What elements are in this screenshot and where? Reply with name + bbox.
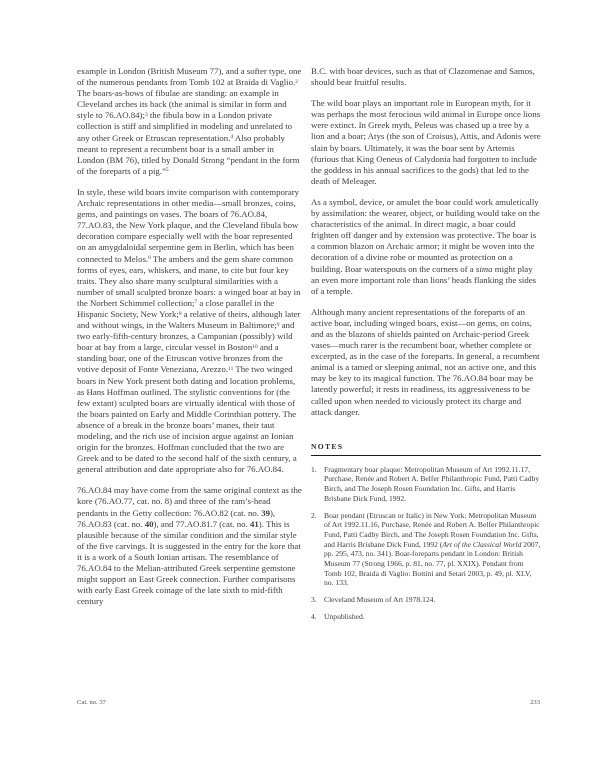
body-paragraph: example in London (British Museum 77), a… — [77, 66, 303, 177]
body-paragraph: B.C. with boar devices, such as that of … — [311, 66, 541, 88]
notes-divider — [311, 455, 541, 456]
note-text: Unpublished. — [324, 612, 541, 622]
body-paragraph: The wild boar plays an important role in… — [311, 98, 541, 187]
note-item: 1. Fragmentary boar plaque: Metropolitan… — [311, 465, 541, 504]
note-text: Fragmentary boar plaque: Metropolitan Mu… — [324, 465, 541, 504]
note-number: 4. — [311, 612, 324, 622]
left-text-column: example in London (British Museum 77), a… — [77, 66, 303, 617]
catalogue-number: Cat. no. 37 — [77, 699, 106, 706]
note-item: 2. Boar pendant (Etruscan or Italic) in … — [311, 511, 541, 589]
page-footer: Cat. no. 37 233 — [77, 699, 540, 706]
note-number: 2. — [311, 511, 324, 589]
note-text: Cleveland Museum of Art 1978.124. — [324, 595, 541, 605]
body-paragraph: 76.AO.84 may have come from the same ori… — [77, 485, 303, 607]
body-paragraph: As a symbol, device, or amulet the boar … — [311, 197, 541, 297]
note-item: 4. Unpublished. — [311, 612, 541, 622]
note-number: 1. — [311, 465, 324, 504]
body-paragraph: In style, these wild boars invite compar… — [77, 187, 303, 475]
page-number: 233 — [530, 699, 540, 706]
right-text-column: B.C. with boar devices, such as that of … — [311, 66, 541, 629]
catalogue-page: example in London (British Museum 77), a… — [0, 0, 600, 762]
note-number: 3. — [311, 595, 324, 605]
note-text: Boar pendant (Etruscan or Italic) in New… — [324, 511, 541, 589]
notes-section: NOTES 1. Fragmentary boar plaque: Metrop… — [311, 442, 541, 622]
body-paragraph: Although many ancient representations of… — [311, 307, 541, 418]
note-item: 3. Cleveland Museum of Art 1978.124. — [311, 595, 541, 605]
notes-heading: NOTES — [311, 442, 541, 451]
